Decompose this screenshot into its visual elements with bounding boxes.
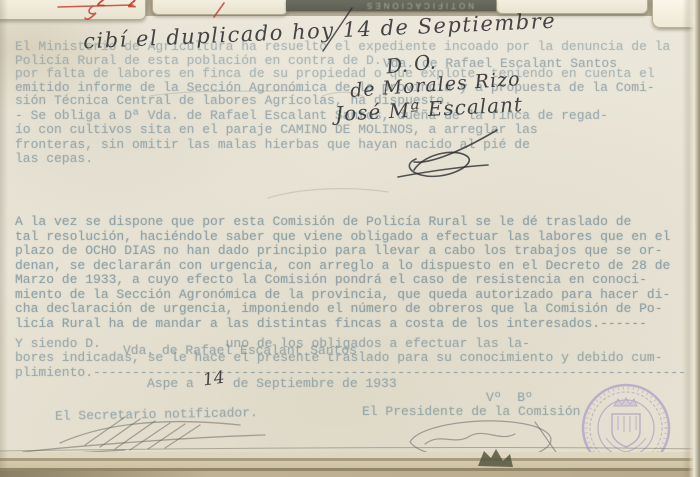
typed-line: cha declaración de urgencia, imponiendo …: [15, 302, 663, 316]
prev-page-print-text: NOTIFICACIONES: [314, 1, 474, 10]
typed-line: A la vez se dispone que por esta Comisió…: [15, 215, 631, 229]
left-page-edge: [0, 0, 8, 477]
secretary-title: El Secretario notificador.: [55, 406, 258, 423]
vb-label: Vº Bº: [486, 391, 533, 405]
typed-line: miento de la Sección Agronómica de la pr…: [15, 288, 670, 302]
right-page-edge: [682, 0, 700, 477]
typed-line: Marzo de 1933, a cuyo efecto la Comisión…: [15, 273, 647, 287]
typed-line: fronteras, sin omitir las malas hierbas …: [15, 138, 530, 152]
typed-line: por falta de labores en finca de su prop…: [15, 67, 655, 81]
typed-line: las cepas.: [15, 152, 93, 166]
typed-line: plazo de OCHO DIAS no han dado principio…: [15, 244, 663, 258]
typed-line: ío con cultivos sita en el paraje CAMINO…: [15, 123, 538, 137]
typed-line: tal resolución, haciéndole saber que vie…: [15, 230, 670, 244]
bottom-edge-strip: [0, 471, 700, 477]
typed-date-line: Aspe a de Septiembre de 1933: [147, 377, 397, 391]
page-tab: [152, 0, 288, 15]
typed-line: bores indicadas, se le hace el presente …: [15, 351, 663, 365]
bottom-edge-strip: [0, 461, 700, 468]
typed-line: denan, se declararán con urgencia, con a…: [15, 259, 670, 273]
handwritten-day-number: 14: [202, 368, 226, 391]
president-title: El Presidente de la Comisión: [362, 405, 580, 419]
red-page-number: 2 2: [96, 0, 143, 13]
secretary-signature: [5, 417, 265, 457]
prev-page-label-strip: NOTIFICACIONES: [286, 0, 496, 11]
document-page-photo: NOTIFICACIONES 2 2 El Ministerio de Agri…: [0, 0, 700, 477]
typed-line: licía Rural ha de mandar a las distintas…: [15, 317, 647, 331]
